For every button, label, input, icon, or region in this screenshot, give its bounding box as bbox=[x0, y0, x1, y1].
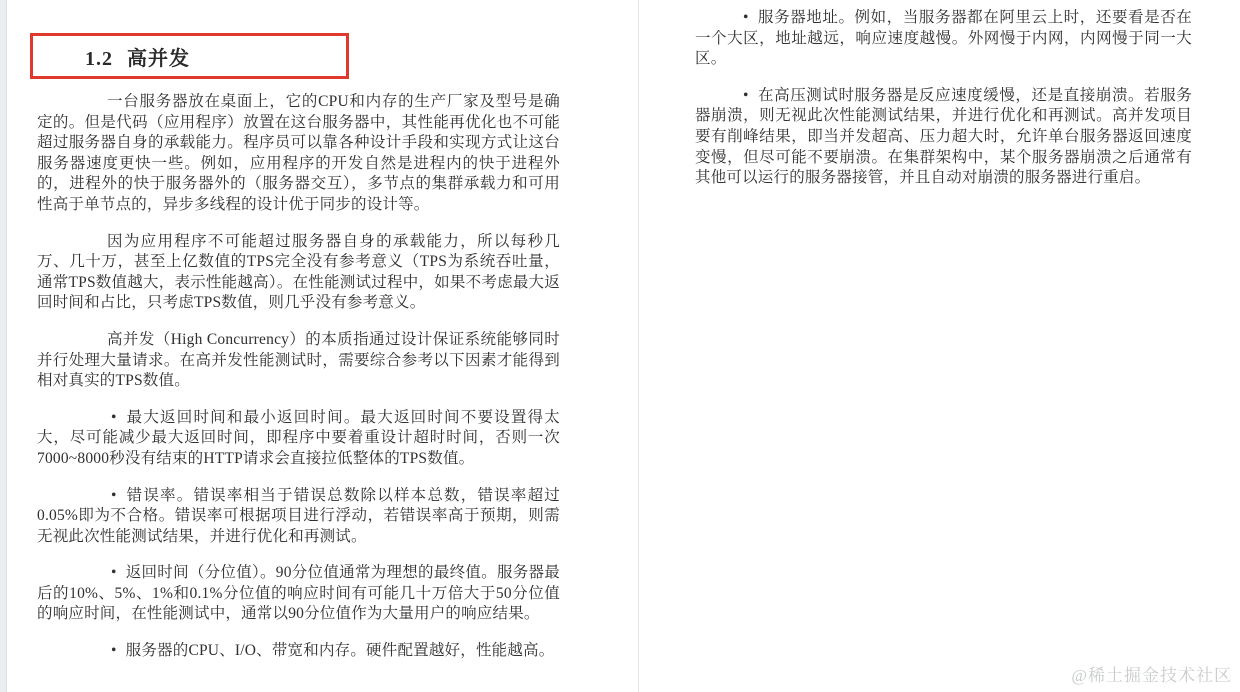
paragraph-3: 高并发（High Concurrency）的本质指通过设计保证系统能够同时并行处… bbox=[37, 330, 560, 392]
page-left-edge-strip bbox=[0, 0, 7, 692]
bullet-marker: • bbox=[111, 409, 117, 426]
section-heading: 1.2高并发 bbox=[85, 42, 190, 71]
bullet-marker: • bbox=[111, 564, 117, 581]
bullet-text: 服务器地址。例如，当服务器都在阿里云上时，还要看是否在一个大区，地址越远，响应速… bbox=[695, 9, 1192, 67]
column-divider bbox=[638, 0, 639, 692]
bullet-text: 服务器的CPU、I/O、带宽和内存。硬件配置越好，性能越高。 bbox=[126, 642, 555, 659]
bullet-marker: • bbox=[111, 642, 117, 659]
paragraph-2: 因为应用程序不可能超过服务器自身的承载能力，所以每秒几万、几十万，甚至上亿数值的… bbox=[37, 232, 560, 314]
section-heading-box: 1.2高并发 bbox=[30, 33, 349, 79]
section-title: 高并发 bbox=[127, 48, 190, 70]
bullet-text: 在高压测试时服务器是反应速度缓慢，还是直接崩溃。若服务器崩溃，则无视此次性能测试… bbox=[695, 87, 1192, 186]
section-number: 1.2 bbox=[85, 48, 113, 70]
left-column: 一台服务器放在桌面上，它的CPU和内存的生产厂家及型号是确定的。但是代码（应用程… bbox=[37, 92, 560, 678]
bullet-marker: • bbox=[743, 9, 749, 26]
watermark: @稀土掘金技术社区 bbox=[1071, 661, 1232, 686]
bullet-marker: • bbox=[743, 87, 749, 104]
bullet-item: •返回时间（分位值）。90分位值通常为理想的最终值。服务器最后的10%、5%、1… bbox=[37, 563, 560, 625]
paragraph-1: 一台服务器放在桌面上，它的CPU和内存的生产厂家及型号是确定的。但是代码（应用程… bbox=[37, 92, 560, 216]
bullet-item: •服务器地址。例如，当服务器都在阿里云上时，还要看是否在一个大区，地址越远，响应… bbox=[695, 8, 1192, 70]
bullet-item: •在高压测试时服务器是反应速度缓慢，还是直接崩溃。若服务器崩溃，则无视此次性能测… bbox=[695, 86, 1192, 189]
document-page: 1.2高并发 一台服务器放在桌面上，它的CPU和内存的生产厂家及型号是确定的。但… bbox=[0, 0, 1240, 692]
bullet-item: •服务器的CPU、I/O、带宽和内存。硬件配置越好，性能越高。 bbox=[37, 641, 560, 662]
right-column: •服务器地址。例如，当服务器都在阿里云上时，还要看是否在一个大区，地址越远，响应… bbox=[695, 8, 1192, 205]
bullet-marker: • bbox=[111, 487, 117, 504]
bullet-item: •最大返回时间和最小返回时间。最大返回时间不要设置得太大，尽可能减少最大返回时间… bbox=[37, 408, 560, 470]
bullet-item: •错误率。错误率相当于错误总数除以样本总数，错误率超过0.05%即为不合格。错误… bbox=[37, 486, 560, 548]
